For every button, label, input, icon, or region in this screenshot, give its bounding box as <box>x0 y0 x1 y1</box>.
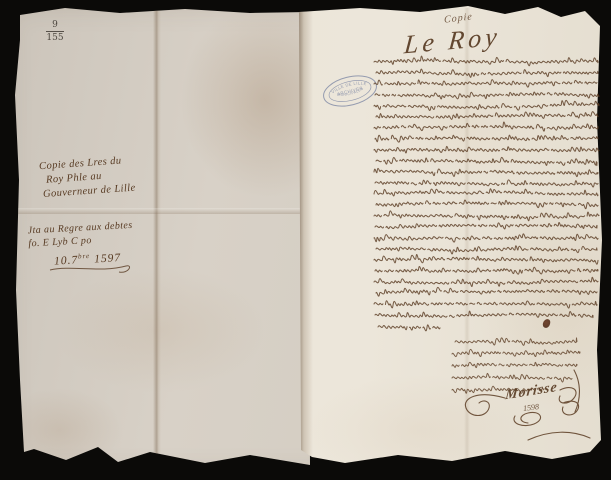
body-script-line <box>376 112 598 120</box>
body-script-line <box>375 135 598 142</box>
body-script-line <box>378 325 440 331</box>
body-script-line <box>374 168 598 176</box>
collation-script-line <box>455 338 577 345</box>
body-script-line <box>374 56 598 66</box>
body-script-line <box>374 301 597 308</box>
body-script-line <box>374 189 598 196</box>
body-script-line <box>375 267 598 275</box>
body-script-line <box>375 311 593 317</box>
signature-year: 1598 <box>523 402 540 413</box>
body-script-line <box>375 180 598 187</box>
body-script-line <box>376 69 598 77</box>
body-script-line <box>374 234 598 242</box>
body-script-line <box>374 255 598 265</box>
body-script-line <box>374 122 598 131</box>
body-script-line <box>376 246 597 254</box>
body-script-line <box>374 211 599 221</box>
body-script-line <box>376 157 597 165</box>
manuscript-scan: 9 155 VILLE DE LILLE ARCHIVES MUNICIPALE… <box>0 0 611 480</box>
body-script-line <box>376 287 597 296</box>
body-script-line <box>375 223 597 229</box>
body-script-line <box>374 146 599 153</box>
collation-script-line <box>452 362 577 367</box>
body-script-line <box>374 80 597 87</box>
body-script-line <box>376 200 598 209</box>
body-script-line <box>374 277 598 286</box>
date-underline-flourish <box>50 266 130 273</box>
body-script-line <box>375 92 599 99</box>
manuscript-body-script <box>0 0 611 480</box>
collation-script-line <box>452 349 580 356</box>
body-script-line <box>374 100 599 110</box>
